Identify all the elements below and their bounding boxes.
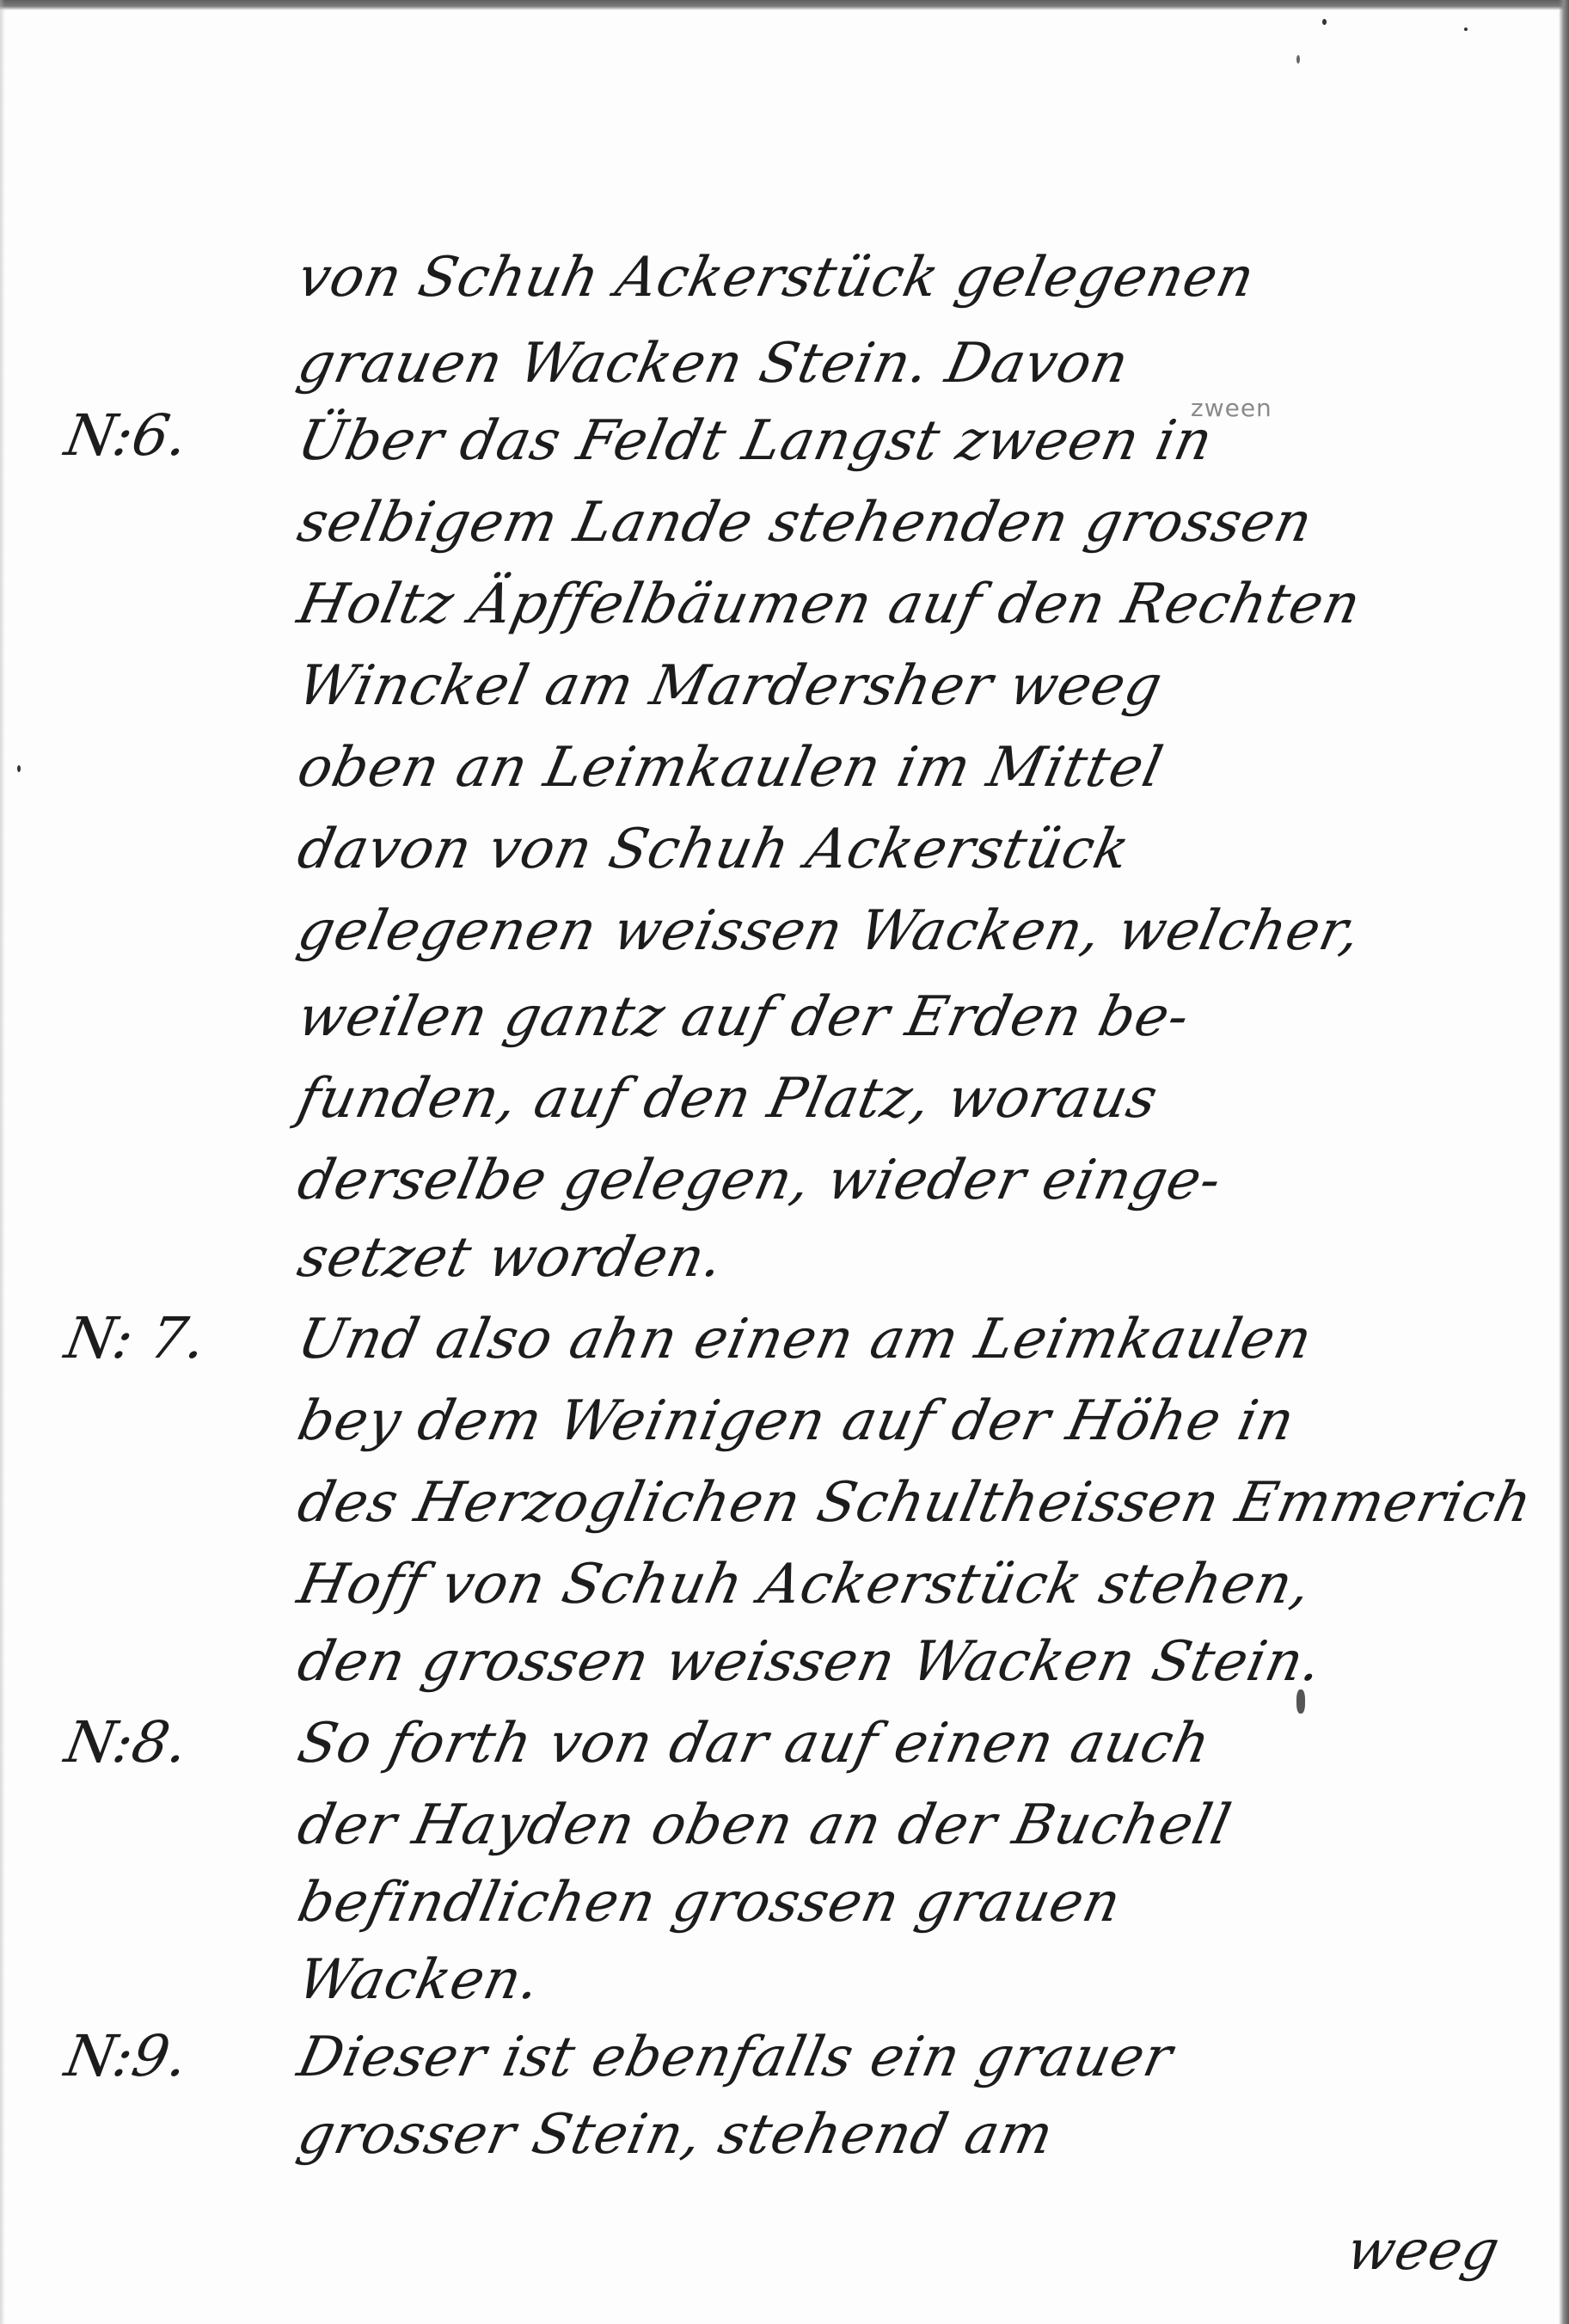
manuscript-line: der Hayden oben an der Buchell [292,1780,1512,1857]
manuscript-line: des Herzoglichen Schultheissen Emmerich [292,1457,1512,1535]
manuscript-line: grauen Wacken Stein. Davon [292,318,1512,396]
ink-speck [1464,28,1468,31]
manuscript-line: setzet worden. [292,1212,1512,1290]
ink-speck [1322,19,1327,25]
manuscript-line: den grossen weissen Wacken Stein. [292,1616,1512,1694]
item-number: N:6. [60,391,246,469]
manuscript-line: bey dem Weinigen auf der Höhe in [292,1376,1512,1453]
manuscript-line: selbigem Lande stehenden grossen [292,477,1512,555]
manuscript-line: davon von Schuh Ackerstück [292,804,1512,881]
manuscript-line: funden, auf den Platz, woraus [292,1053,1512,1131]
manuscript-line: grosser Stein, stehend am [292,2089,1512,2167]
manuscript-line: Über das Feldt Langst zween in [292,396,1512,473]
manuscript-line: gelegenen weissen Wacken, welcher, [292,886,1512,963]
ink-speck [17,765,21,772]
scan-edge-top [0,0,1569,10]
scan-edge-right [1559,0,1569,2324]
catchword: weeg [1341,2205,1509,2283]
scan-edge-left [0,0,5,2324]
item-number: N:8. [60,1698,246,1775]
manuscript-line: Dieser ist ebenfalls ein grauer [292,2012,1512,2089]
manuscript-line: weilen gantz auf der Erden be- [292,972,1512,1049]
manuscript-line: derselbe gelegen, wieder einge- [292,1135,1512,1212]
manuscript-line: Hoff von Schuh Ackerstück stehen, [292,1539,1512,1616]
manuscript-line: oben an Leimkaulen im Mittel [292,722,1512,800]
manuscript-line: befindlichen grossen grauen [292,1857,1512,1935]
manuscript-line: Wacken. [292,1935,1512,2012]
manuscript-line: So forth von dar auf einen auch [292,1698,1512,1775]
ink-speck [1296,55,1300,64]
item-number: N:9. [60,2012,246,2089]
manuscript-line: Und also ahn einen am Leimkaulen [292,1294,1512,1371]
manuscript-line: Winckel am Mardersher weeg [292,641,1512,718]
manuscript-line: Holtz Äpffelbäumen auf den Rechten [292,559,1512,636]
manuscript-line: von Schuh Ackerstück gelegenen [292,232,1512,310]
item-number: N: 7. [60,1294,246,1371]
